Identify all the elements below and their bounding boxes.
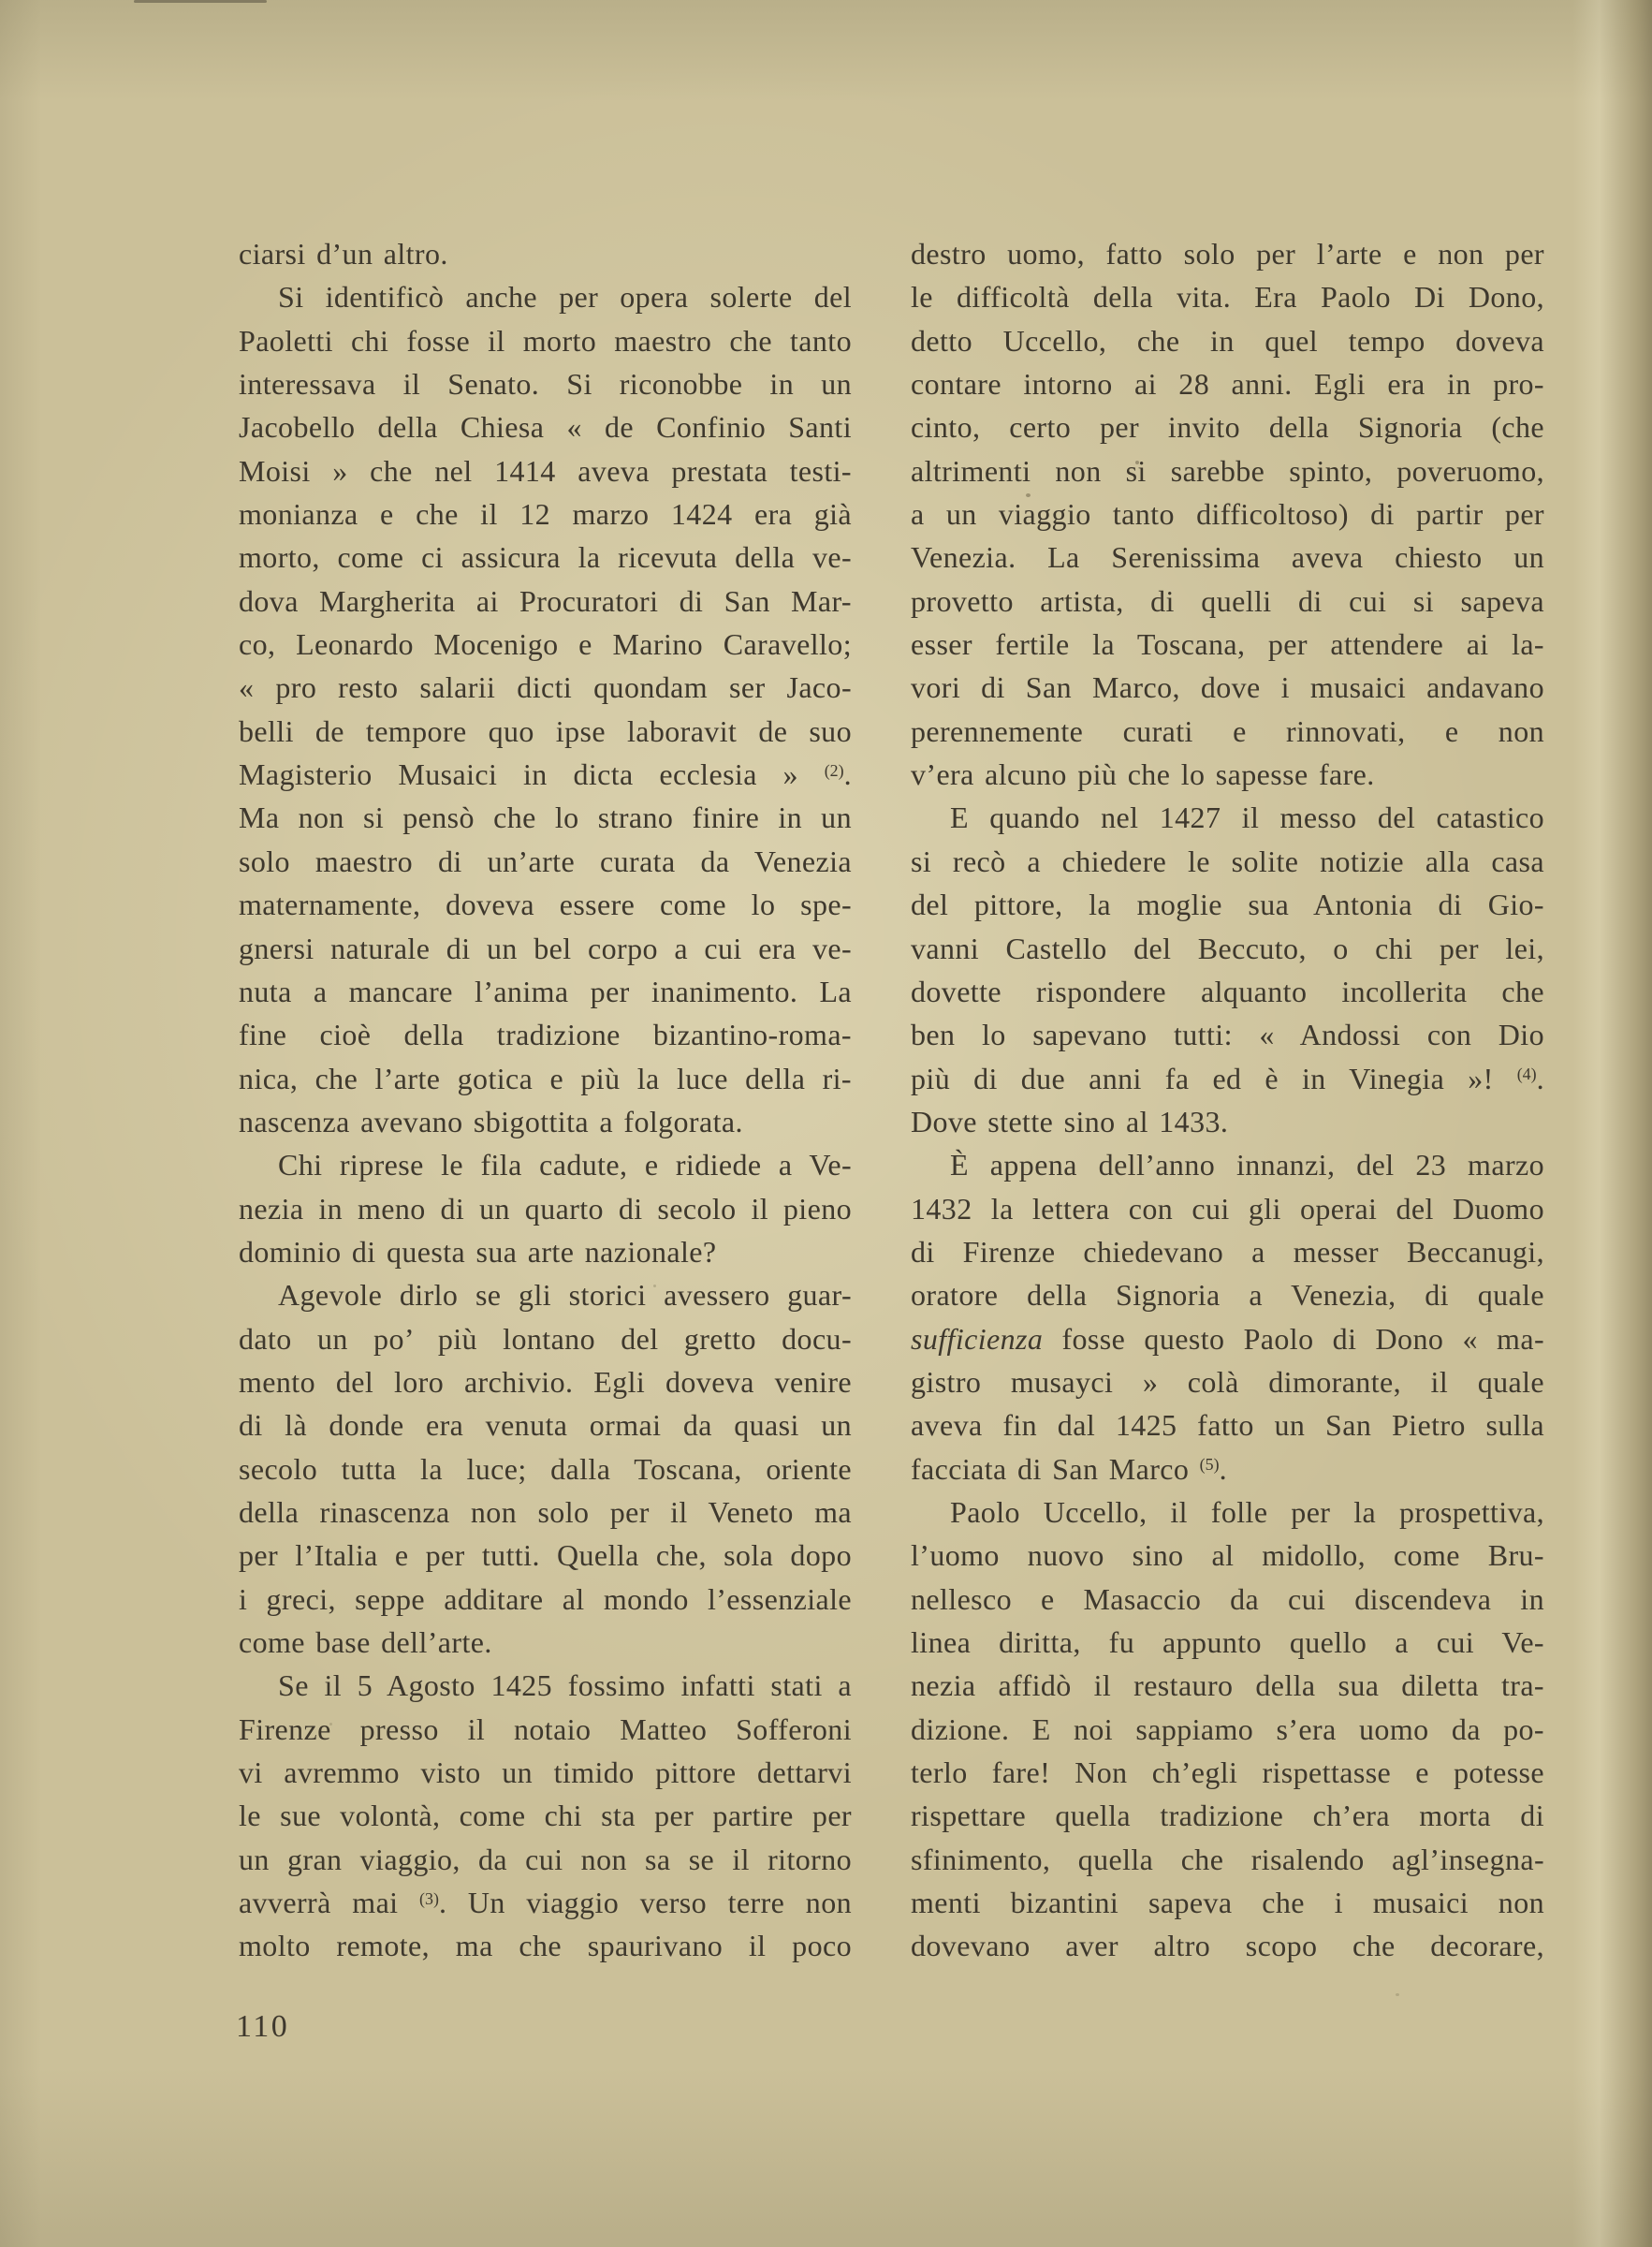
text-line: 1432 la lettera con cui gli operai del D…: [911, 1187, 1544, 1230]
text-line: contare intorno ai 28 anni. Egli era in …: [911, 362, 1544, 405]
text-line: nascenza avevano sbigottita a folgorata.: [239, 1100, 852, 1143]
text-line: Moisi » che nel 1414 aveva prestata test…: [239, 449, 852, 492]
text-line: monianza e che il 12 marzo 1424 era già: [239, 492, 852, 536]
text-line: a un viaggio tanto difficoltoso) di part…: [911, 492, 1544, 536]
paper-speck: [1026, 493, 1031, 497]
text-line: altrimenti non si sarebbe spinto, poveru…: [911, 449, 1544, 492]
footnote-ref: (5): [1200, 1455, 1220, 1474]
footnote-ref: (2): [825, 761, 844, 780]
text-line: cinto, certo per invito della Signoria (…: [911, 405, 1544, 448]
scan-edge-artifact: [134, 0, 267, 3]
text-line: gnersi naturale di un bel corpo a cui er…: [239, 927, 852, 970]
text-line: della rinascenza non solo per il Veneto …: [239, 1491, 852, 1534]
text-line: nica, che l’arte gotica e più la luce de…: [239, 1057, 852, 1100]
text-line: Magisterio Musaici in dicta ecclesia » (…: [239, 753, 852, 796]
text-line: oratore della Signoria a Venezia, di qua…: [911, 1273, 1544, 1316]
text-line: dova Margherita ai Procuratori di San Ma…: [239, 580, 852, 623]
page-number: 110: [236, 2009, 289, 2045]
text-line: Jacobello della Chiesa « de Confinio San…: [239, 405, 852, 448]
text-line: molto remote, ma che spaurivano il poco: [239, 1924, 852, 1967]
text-line: Se il 5 Agosto 1425 fossimo infatti stat…: [239, 1664, 852, 1707]
text-line: interessava il Senato. Si riconobbe in u…: [239, 362, 852, 405]
text-line: l’uomo nuovo sino al midollo, come Bru-: [911, 1534, 1544, 1577]
footnote-ref: (4): [1517, 1065, 1537, 1083]
text-line: detto Uccello, che in quel tempo doveva: [911, 319, 1544, 362]
text-line: linea diritta, fu appunto quello a cui V…: [911, 1621, 1544, 1664]
text-line: Chi riprese le fila cadute, e ridiede a …: [239, 1143, 852, 1186]
text-line: maternamente, doveva essere come lo spe-: [239, 883, 852, 926]
text-line: terlo fare! Non ch’egli rispettasse e po…: [911, 1751, 1544, 1794]
text-line: come base dell’arte.: [239, 1621, 852, 1664]
paper-speck: [1135, 461, 1139, 464]
text-line: nuta a mancare l’anima per inanimento. L…: [239, 970, 852, 1013]
text-line: « pro resto salarii dicti quondam ser Ja…: [239, 666, 852, 709]
text-line: mento del loro archivio. Egli doveva ven…: [239, 1360, 852, 1403]
text-line: Si identificò anche per opera solerte de…: [239, 275, 852, 318]
text-line: aveva fin dal 1425 fatto un San Pietro s…: [911, 1403, 1544, 1447]
text-line: per l’Italia e per tutti. Quella che, so…: [239, 1534, 852, 1577]
text-line: dizione. E noi sappiamo s’era uomo da po…: [911, 1708, 1544, 1751]
paper-speck: [1396, 1993, 1399, 1996]
text-line: Dove stette sino al 1433.: [911, 1100, 1544, 1143]
text-line: dominio di questa sua arte nazionale?: [239, 1230, 852, 1273]
text-line: di là donde era venuta ormai da quasi un: [239, 1403, 852, 1447]
text-line: sufficienza fosse questo Paolo di Dono «…: [911, 1317, 1544, 1360]
paper-speck: [329, 1723, 332, 1726]
text-column-left: ciarsi d’un altro.Si identificò anche pe…: [239, 232, 852, 1968]
text-line: Agevole dirlo se gli storici avessero gu…: [239, 1273, 852, 1316]
text-line: menti bizantini sapeva che i musaici non: [911, 1881, 1544, 1924]
text-line: co, Leonardo Mocenigo e Marino Caravello…: [239, 623, 852, 666]
text-line: vori di San Marco, dove i musaici andava…: [911, 666, 1544, 709]
text-line: si recò a chiedere le solite notizie all…: [911, 840, 1544, 883]
text-line: i greci, seppe additare al mondo l’essen…: [239, 1578, 852, 1621]
text-line: nezia affidò il restauro della sua dilet…: [911, 1664, 1544, 1707]
text-line: nezia in meno di un quarto di secolo il …: [239, 1187, 852, 1230]
text-line: vi avremmo visto un timido pittore detta…: [239, 1751, 852, 1794]
text-line: esser fertile la Toscana, per attendere …: [911, 623, 1544, 666]
text-line: facciata di San Marco (5).: [911, 1447, 1544, 1491]
text-line: dovevano aver altro scopo che decorare,: [911, 1924, 1544, 1967]
text-line: nellesco e Masaccio da cui discendeva in: [911, 1578, 1544, 1621]
paper-speck: [653, 1285, 656, 1287]
footnote-ref: (3): [419, 1889, 439, 1908]
text-line: le sue volontà, come chi sta per partire…: [239, 1794, 852, 1837]
text-line: E quando nel 1427 il messo del catastico: [911, 796, 1544, 839]
text-line: destro uomo, fatto solo per l’arte e non…: [911, 232, 1544, 275]
text-line: Paolo Uccello, il folle per la prospetti…: [911, 1491, 1544, 1534]
text-line: più di due anni fa ed è in Vinegia »! (4…: [911, 1057, 1544, 1100]
text-line: provetto artista, di quelli di cui si sa…: [911, 580, 1544, 623]
text-line: sfinimento, quella che risalendo agl’ins…: [911, 1838, 1544, 1881]
text-line: dato un po’ più lontano del gretto docu-: [239, 1317, 852, 1360]
book-page-scan: ciarsi d’un altro.Si identificò anche pe…: [0, 0, 1652, 2247]
text-line: belli de tempore quo ipse laboravit de s…: [239, 710, 852, 753]
text-line: gistro musayci » colà dimorante, il qual…: [911, 1360, 1544, 1403]
text-line: v’era alcuno più che lo sapesse fare.: [911, 753, 1544, 796]
text-line: perennemente curati e rinnovati, e non: [911, 710, 1544, 753]
text-line: morto, come ci assicura la ricevuta dell…: [239, 536, 852, 579]
text-line: del pittore, la moglie sua Antonia di Gi…: [911, 883, 1544, 926]
text-line: Ma non si pensò che lo strano finire in …: [239, 796, 852, 839]
text-line: rispettare quella tradizione ch’era mort…: [911, 1794, 1544, 1837]
text-line: È appena dell’anno innanzi, del 23 marzo: [911, 1143, 1544, 1186]
text-line: fine cioè della tradizione bizantino-rom…: [239, 1013, 852, 1056]
text-line: Paoletti chi fosse il morto maestro che …: [239, 319, 852, 362]
text-line: ben lo sapevano tutti: « Andossi con Dio: [911, 1013, 1544, 1056]
text-column-right: destro uomo, fatto solo per l’arte e non…: [911, 232, 1544, 1968]
text-line: Venezia. La Serenissima aveva chiesto un: [911, 536, 1544, 579]
text-line: avverrà mai (3). Un viaggio verso terre …: [239, 1881, 852, 1924]
text-line: secolo tutta la luce; dalla Toscana, ori…: [239, 1447, 852, 1491]
text-line: un gran viaggio, da cui non sa se il rit…: [239, 1838, 852, 1881]
text-line: di Firenze chiedevano a messer Beccanugi…: [911, 1230, 1544, 1273]
text-line: solo maestro di un’arte curata da Venezi…: [239, 840, 852, 883]
text-line: Firenze presso il notaio Matteo Sofferon…: [239, 1708, 852, 1751]
text-line: le difficoltà della vita. Era Paolo Di D…: [911, 275, 1544, 318]
text-line: dovette rispondere alquanto incollerita …: [911, 970, 1544, 1013]
text-line: vanni Castello del Beccuto, o chi per le…: [911, 927, 1544, 970]
text-line: ciarsi d’un altro.: [239, 232, 852, 275]
